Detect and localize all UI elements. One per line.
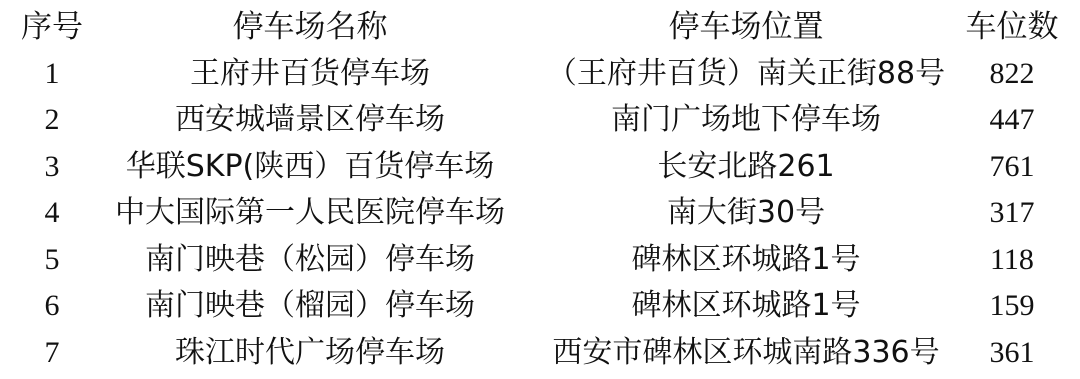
cell-location: 南门广场地下停车场 (530, 97, 962, 144)
table-row: 7 珠江时代广场停车场 西安市碑林区环城南路336号 361 (0, 330, 1080, 377)
cell-name: 王府井百货停车场 (90, 51, 530, 98)
cell-location: 长安北路261 (530, 144, 962, 191)
table-row: 2 西安城墙景区停车场 南门广场地下停车场 447 (0, 97, 1080, 144)
cell-spaces: 822 (962, 51, 1062, 98)
cell-index: 1 (0, 51, 104, 98)
table-row: 3 华联SKP(陕西）百货停车场 长安北路261 761 (0, 144, 1080, 191)
cell-index: 7 (0, 330, 104, 377)
cell-index: 4 (0, 190, 104, 237)
cell-location: 南大街30号 (530, 190, 962, 237)
table-row: 1 王府井百货停车场 （王府井百货）南关正街88号 822 (0, 51, 1080, 98)
table-header-row: 序号 停车场名称 停车场位置 车位数 (0, 4, 1080, 51)
cell-spaces: 447 (962, 97, 1062, 144)
cell-spaces: 118 (962, 237, 1062, 284)
cell-location: （王府井百货）南关正街88号 (530, 51, 962, 98)
cell-name: 南门映巷（松园）停车场 (90, 237, 530, 284)
table-row: 5 南门映巷（松园）停车场 碑林区环城路1号 118 (0, 237, 1080, 284)
header-index: 序号 (0, 4, 104, 51)
header-name: 停车场名称 (90, 4, 530, 51)
parking-lot-table: 序号 停车场名称 停车场位置 车位数 1 王府井百货停车场 （王府井百货）南关正… (0, 4, 1080, 376)
cell-location: 碑林区环城路1号 (530, 283, 962, 330)
cell-index: 5 (0, 237, 104, 284)
cell-spaces: 159 (962, 283, 1062, 330)
cell-location: 碑林区环城路1号 (530, 237, 962, 284)
cell-index: 6 (0, 283, 104, 330)
cell-name: 中大国际第一人民医院停车场 (90, 190, 530, 237)
table-row: 4 中大国际第一人民医院停车场 南大街30号 317 (0, 190, 1080, 237)
cell-name: 珠江时代广场停车场 (90, 330, 530, 377)
cell-name: 南门映巷（榴园）停车场 (90, 283, 530, 330)
cell-index: 2 (0, 97, 104, 144)
cell-location: 西安市碑林区环城南路336号 (530, 330, 962, 377)
header-location: 停车场位置 (530, 4, 962, 51)
cell-name: 西安城墙景区停车场 (90, 97, 530, 144)
table-row: 6 南门映巷（榴园）停车场 碑林区环城路1号 159 (0, 283, 1080, 330)
cell-spaces: 317 (962, 190, 1062, 237)
cell-name: 华联SKP(陕西）百货停车场 (90, 144, 530, 191)
header-spaces: 车位数 (962, 4, 1062, 51)
cell-spaces: 761 (962, 144, 1062, 191)
cell-index: 3 (0, 144, 104, 191)
cell-spaces: 361 (962, 330, 1062, 377)
